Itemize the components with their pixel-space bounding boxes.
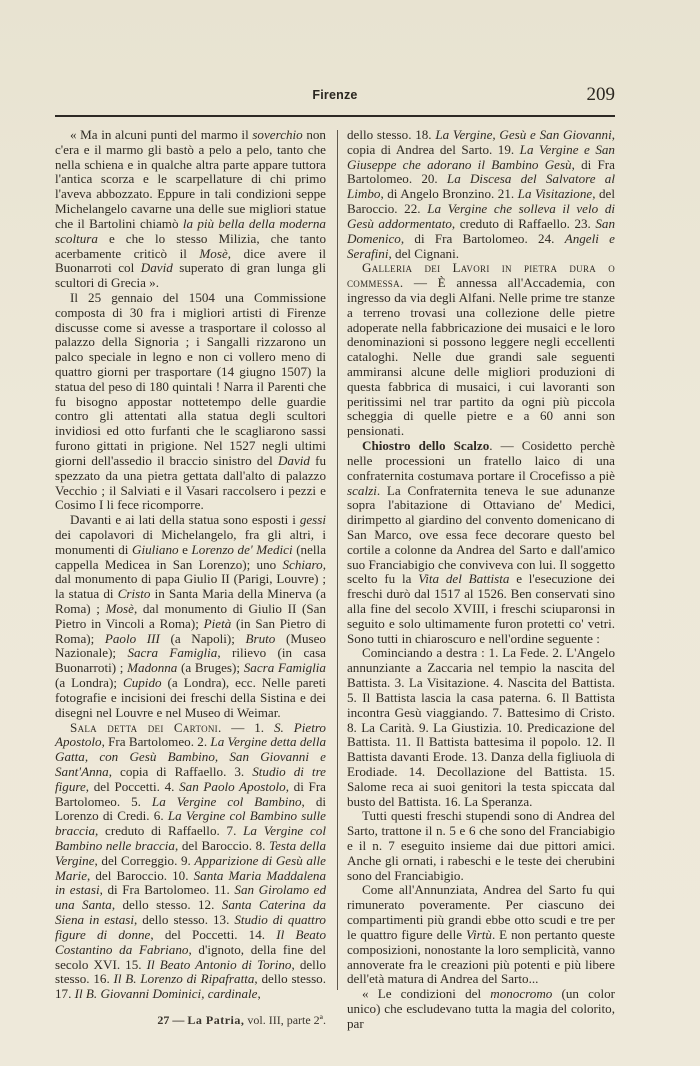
text-run: , creduto di Raffaello. 7. bbox=[95, 823, 243, 838]
text-run: , del Poccetti. 14. bbox=[150, 927, 276, 942]
running-head: Firenze 209 bbox=[55, 84, 615, 106]
right-column: dello stesso. 18. La Vergine, Gesù e San… bbox=[347, 128, 615, 1032]
text-run: Tutti questi freschi stupendi sono di An… bbox=[347, 808, 615, 882]
text-run: dello stesso. 18. bbox=[347, 127, 435, 142]
signature-title: La Patria, bbox=[187, 1013, 244, 1027]
paragraph-p6: Galleria dei Lavori in pietra dura o com… bbox=[347, 261, 615, 439]
text-run: , dello stesso. 12. bbox=[112, 897, 222, 912]
paragraph-p2: Il 25 gennaio del 1504 una Commissione c… bbox=[55, 291, 326, 513]
text-run: . — 1. bbox=[218, 720, 274, 735]
paragraph-p11: « Le condizioni del monocromo (un color … bbox=[347, 987, 615, 1031]
italic-title: monocromo bbox=[490, 986, 552, 1001]
italic-title: Sacra Famiglia bbox=[127, 645, 217, 660]
italic-title: David bbox=[278, 453, 310, 468]
section-heading: Sala detta dei Cartoni bbox=[70, 720, 218, 735]
italic-title: La Vergine col Bambino bbox=[152, 794, 302, 809]
italic-title: Il B. Lorenzo di Ripafratta bbox=[114, 971, 255, 986]
book-page: Firenze 209 « Ma in alcuni punti del mar… bbox=[0, 0, 700, 1066]
italic-title: soverchio bbox=[252, 127, 302, 142]
text-run: , dello stesso. 13. bbox=[134, 912, 234, 927]
text-run: Il 25 gennaio del 1504 una Commissione c… bbox=[55, 290, 326, 468]
text-run: , Fra Bartolomeo. 2. bbox=[102, 734, 211, 749]
paragraph-p8: Cominciando a destra : 1. La Fede. 2. L'… bbox=[347, 646, 615, 809]
italic-title: Vita del Battista bbox=[418, 571, 509, 586]
text-run: , creduto di Raffaello. 23. bbox=[452, 216, 595, 231]
italic-title: Il Beato Antonio di Torino bbox=[147, 957, 292, 972]
text-run: , del Baroccio. 10. bbox=[87, 868, 194, 883]
running-title: Firenze bbox=[55, 88, 615, 102]
paragraph-p9: Tutti questi freschi stupendi sono di An… bbox=[347, 809, 615, 883]
text-run: Cominciando a destra : 1. La Fede. 2. L'… bbox=[347, 645, 615, 808]
paragraph-p3: Davanti e ai lati della statua sono espo… bbox=[55, 513, 326, 720]
italic-title: Pietà bbox=[204, 616, 232, 631]
italic-title: Sacra Famiglia bbox=[244, 660, 326, 675]
italic-title: Il B. Giovanni Dominici, cardinale bbox=[75, 986, 258, 1001]
text-run: « Le condizioni del bbox=[362, 986, 490, 1001]
italic-title: Madonna bbox=[127, 660, 177, 675]
signature-number: 27 — bbox=[157, 1013, 184, 1027]
text-run: (a Londra); bbox=[55, 675, 123, 690]
text-run: , del Poccetti. 4. bbox=[86, 779, 179, 794]
paragraph-p10: Come all'Annunziata, Andrea del Sarto fu… bbox=[347, 883, 615, 987]
italic-title: Virtù bbox=[466, 927, 492, 942]
text-run: « Ma in alcuni punti del marmo il bbox=[70, 127, 252, 142]
italic-title: Giuliano bbox=[132, 542, 179, 557]
paragraph-p5: dello stesso. 18. La Vergine, Gesù e San… bbox=[347, 128, 615, 261]
page-number: 209 bbox=[587, 84, 616, 106]
italic-title: David bbox=[141, 260, 173, 275]
text-run: , di Angelo Bronzino. 21. bbox=[380, 186, 517, 201]
text-run: , del Baroccio. 8. bbox=[175, 838, 269, 853]
italic-title: Mosè bbox=[106, 601, 134, 616]
text-run: , del Correggio. 9. bbox=[95, 853, 195, 868]
header-rule bbox=[55, 115, 615, 117]
italic-title: Cristo bbox=[118, 586, 151, 601]
italic-title: La Vergine, Gesù e San Giovanni bbox=[435, 127, 611, 142]
paragraph-p1: « Ma in alcuni punti del marmo il soverc… bbox=[55, 128, 326, 291]
italic-title: Bruto bbox=[246, 631, 276, 646]
text-run: , del Cignani. bbox=[388, 246, 459, 261]
text-run: (a Napoli); bbox=[160, 631, 246, 646]
italic-title: Cupido bbox=[123, 675, 162, 690]
left-column: « Ma in alcuni punti del marmo il soverc… bbox=[55, 128, 326, 1002]
text-run: Davanti e ai lati della statua sono espo… bbox=[70, 512, 300, 527]
italic-title: scalzi bbox=[347, 483, 377, 498]
italic-title: Schiaro bbox=[282, 557, 322, 572]
printer-signature: 27 — La Patria, vol. III, parte 2ª. bbox=[55, 1013, 326, 1028]
paragraph-p7: Chiostro dello Scalzo. — Cosidetto perch… bbox=[347, 439, 615, 646]
italic-title: Mosè bbox=[199, 246, 227, 261]
italic-title: Paolo III bbox=[105, 631, 160, 646]
text-run: , copia di Raffaello. 3. bbox=[109, 764, 253, 779]
text-run: e bbox=[179, 542, 192, 557]
text-run: , di Fra Bartolomeo. 24. bbox=[401, 231, 565, 246]
paragraph-p4: Sala detta dei Cartoni. — 1. S. Pietro A… bbox=[55, 721, 326, 1002]
text-run: (a Bruges); bbox=[177, 660, 243, 675]
column-divider bbox=[337, 130, 338, 990]
section-heading: Chiostro dello Scalzo bbox=[362, 438, 489, 453]
italic-title: San Paolo Apostolo bbox=[179, 779, 286, 794]
text-run: , di Fra Bartolomeo. 11. bbox=[100, 882, 235, 897]
italic-title: Lorenzo de' Medici bbox=[192, 542, 293, 557]
italic-title: La Visitazione bbox=[518, 186, 593, 201]
signature-volume: vol. III, parte 2ª. bbox=[247, 1013, 326, 1027]
italic-title: gessi bbox=[300, 512, 326, 527]
text-run: . — È annessa all'Accademia, con ingress… bbox=[347, 275, 615, 438]
text-run: , bbox=[257, 986, 260, 1001]
